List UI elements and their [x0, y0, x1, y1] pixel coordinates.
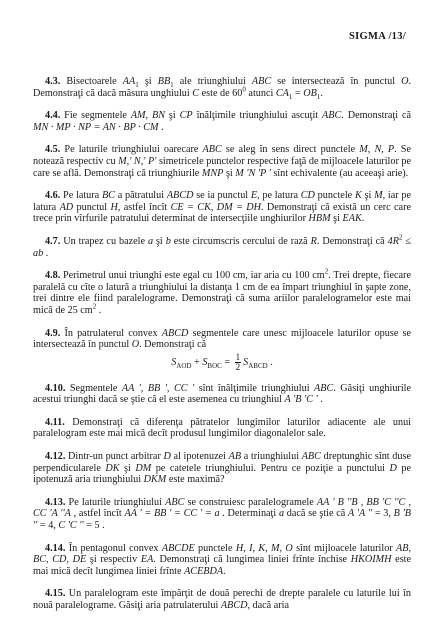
problem-number: 4.10.: [45, 383, 65, 394]
problem-4-7: 4.7. Un trapez cu bazele a şi b este cir…: [33, 236, 411, 259]
problem-number: 4.14.: [45, 543, 65, 554]
problem-4-13: 4.13. Pe laturile triunghiului ABC se co…: [33, 497, 411, 532]
problem-4-9: 4.9. În patrulaterul convex ABCD segment…: [33, 328, 411, 372]
problem-4-12: 4.12. Dintr-un punct arbitrar D al ipote…: [33, 451, 411, 486]
problem-number: 4.7.: [45, 236, 60, 247]
fraction-one-half: 12: [235, 353, 242, 372]
running-header: SIGMA /13/: [349, 31, 406, 42]
problem-number: 4.9.: [45, 328, 60, 339]
problem-number: 4.6.: [45, 190, 60, 201]
problem-4-15: 4.15. Un paralelogram este împărţit de d…: [33, 588, 411, 611]
problem-number: 4.13.: [45, 497, 65, 508]
problem-number: 4.3.: [45, 76, 60, 87]
problem-number: 4.12.: [45, 451, 65, 462]
problem-4-5: 4.5. Pe laturile triunghiului oarecare A…: [33, 144, 411, 179]
problem-4-8: 4.8. Perimetrul unui triunghi este egal …: [33, 270, 411, 316]
problem-list: 4.3. Bisectoarele AA1 şi BB1 ale triungh…: [33, 76, 411, 623]
problem-4-14: 4.14. În pentagonul convex ABCDE punctel…: [33, 543, 411, 578]
problem-4-4: 4.4. Fie segmentele AM, BN şi CP înălţim…: [33, 110, 411, 133]
problem-number: 4.4.: [45, 110, 60, 121]
problem-4-6: 4.6. Pe latura BC a pătratului ABCD se i…: [33, 190, 411, 225]
area-formula: SAOD + SBOC = 12SABCD .: [33, 353, 411, 372]
problem-number: 4.5.: [45, 144, 60, 155]
problem-number: 4.11.: [45, 417, 65, 428]
problem-4-11: 4.11. Demonstraţi că diferenţa pătratelo…: [33, 417, 411, 440]
problem-number: 4.8.: [45, 270, 60, 281]
problem-number: 4.15.: [45, 588, 65, 599]
problem-4-10: 4.10. Segmentele AA ', BB ', CC ' sînt î…: [33, 383, 411, 406]
problem-4-3: 4.3. Bisectoarele AA1 şi BB1 ale triungh…: [33, 76, 411, 99]
